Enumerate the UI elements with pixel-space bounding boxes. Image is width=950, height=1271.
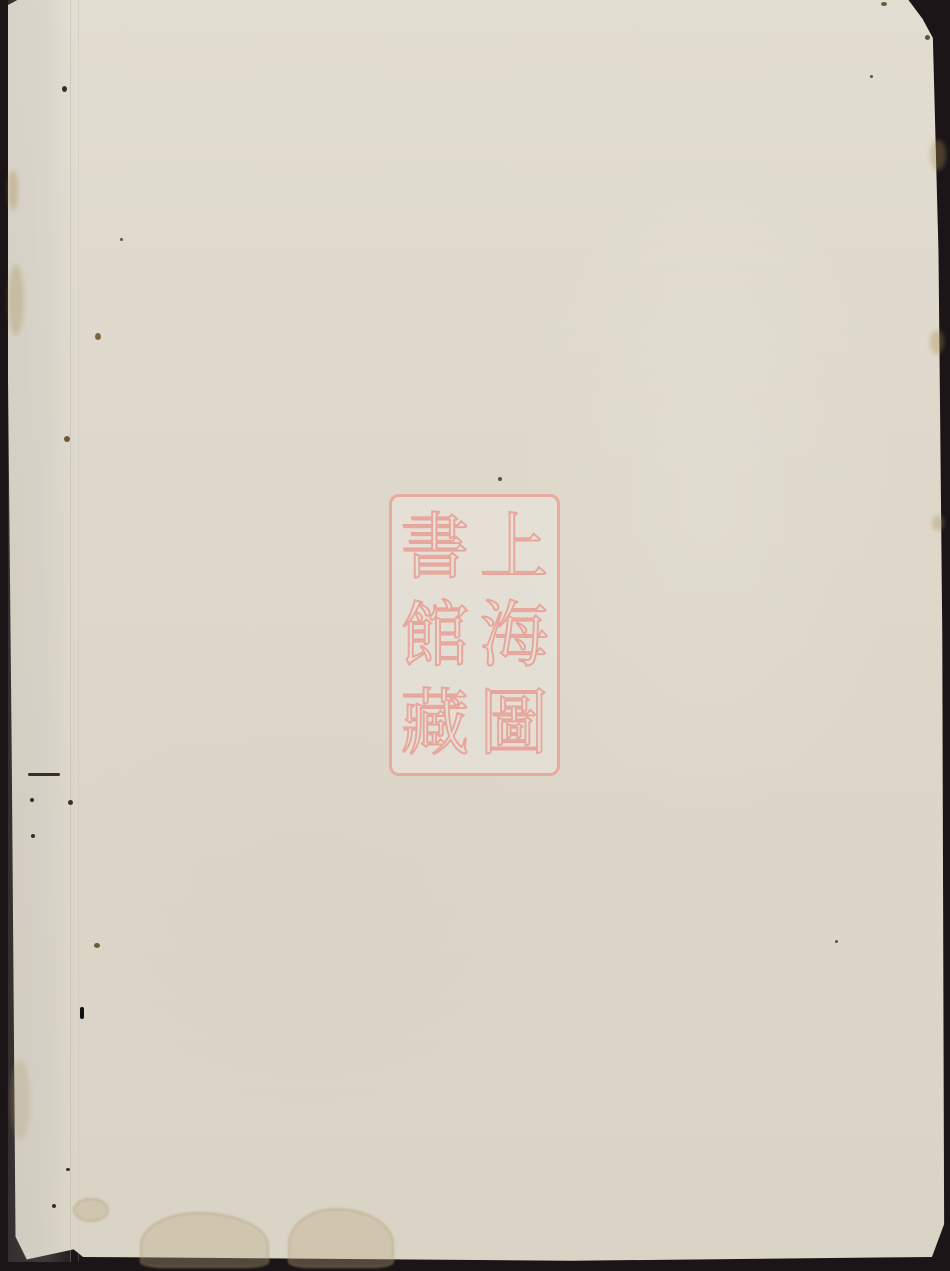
seal-char: 上 [480, 504, 548, 590]
binding-hole [66, 1168, 70, 1171]
binding-hole [30, 798, 34, 802]
speck [925, 35, 930, 40]
speck [881, 2, 887, 6]
library-seal: 上 海 圖 書 館 藏 [389, 494, 560, 776]
speck [498, 477, 502, 481]
seal-char: 書 [401, 504, 469, 590]
speck [870, 75, 873, 78]
edge-stain [930, 330, 944, 354]
binding-hole [94, 943, 100, 948]
fold-line [78, 0, 79, 1262]
seal-char: 藏 [401, 680, 469, 766]
binding-hole [80, 1007, 84, 1019]
binding-hole [62, 86, 67, 92]
speck [835, 940, 838, 943]
scanned-page: 上 海 圖 書 館 藏 [0, 0, 950, 1271]
edge-stain [8, 265, 24, 335]
edge-stain [932, 515, 944, 531]
binding-hole [95, 333, 101, 340]
binding-hole [64, 436, 70, 442]
binding-hole [68, 800, 73, 805]
water-stain [73, 1198, 109, 1222]
edge-stain [10, 1060, 30, 1140]
edge-stain [8, 170, 18, 210]
seal-char: 館 [401, 592, 469, 678]
seal-column-left: 書 館 藏 [396, 503, 475, 767]
seal-char: 海 [480, 592, 548, 678]
tear-mark [28, 773, 60, 776]
binding-hole [52, 1204, 56, 1208]
seal-char: 圖 [480, 680, 548, 766]
binding-hole [31, 834, 35, 838]
seal-column-right: 上 海 圖 [475, 503, 554, 767]
edge-stain [930, 140, 946, 170]
speck [120, 238, 123, 241]
